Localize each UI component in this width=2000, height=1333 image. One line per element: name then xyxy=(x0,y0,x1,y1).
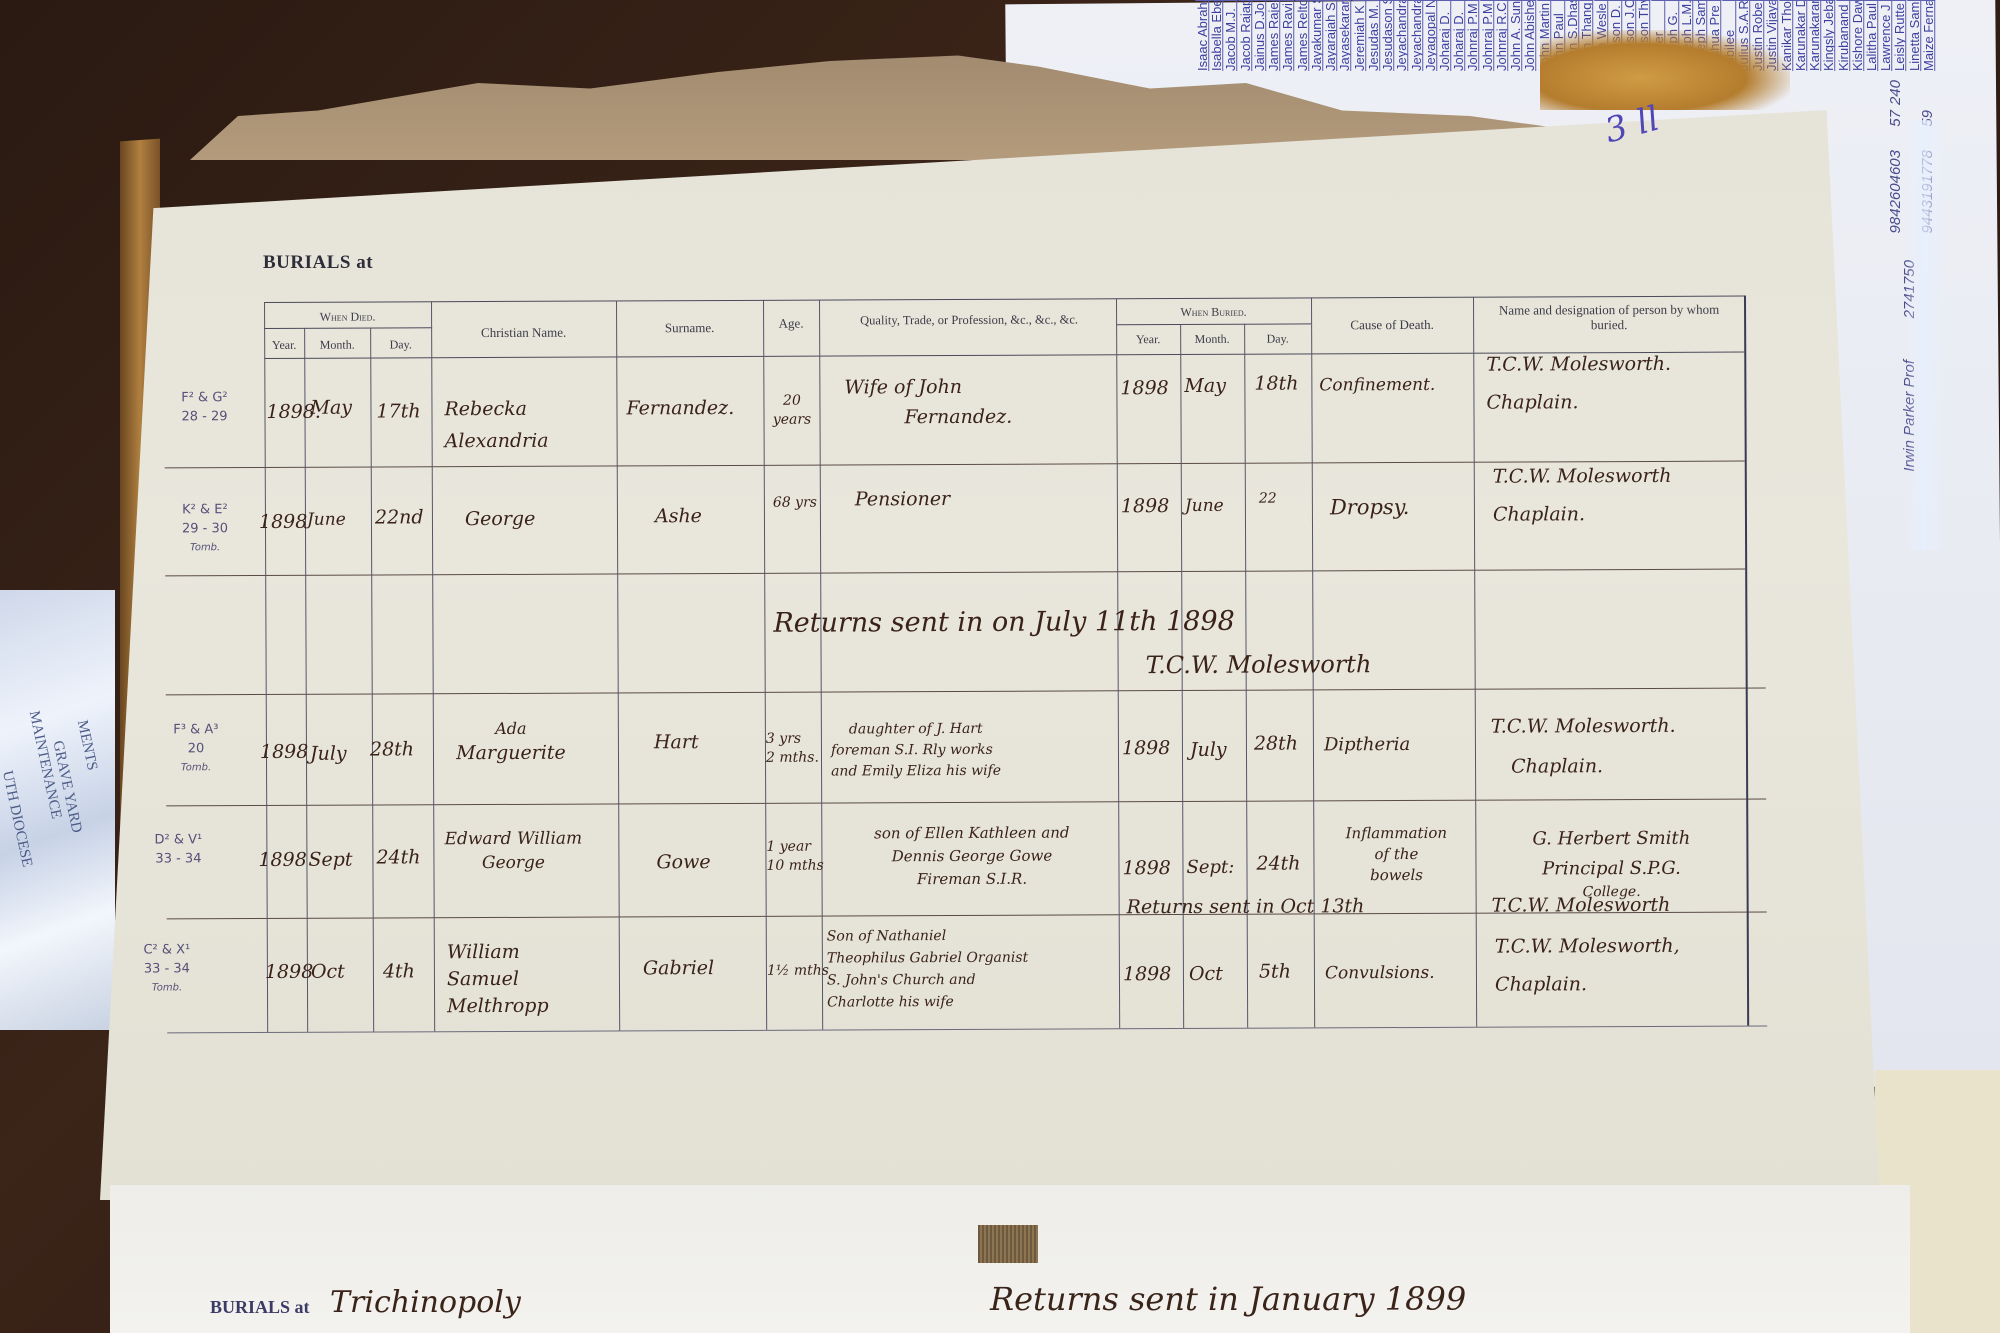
background-list-name: Isabella Ebe xyxy=(1209,0,1223,71)
background-list-name: Jacob M.J. xyxy=(1223,0,1237,71)
background-list-name: Linetta Sam xyxy=(1907,0,1921,71)
died-year: 1898 xyxy=(260,740,308,764)
header-surname: Surname. xyxy=(616,320,763,336)
died-day: 4th xyxy=(383,959,415,983)
background-list-name: Jayarajah S xyxy=(1323,0,1337,71)
background-list-name: Johnraj R.C xyxy=(1494,0,1508,71)
next-page-place: Trichinopoly xyxy=(330,1285,521,1320)
background-list-name: Maize Ferna xyxy=(1921,0,1935,71)
background-list-name: John A. Sun xyxy=(1508,0,1522,71)
returns-note: Returns sent in Oct 13th xyxy=(1127,895,1365,918)
background-list-name: Jeyagopal N xyxy=(1423,0,1437,71)
left-background-sheet: MENTS GRAVE YARD MAINTENANCE UTH DIOCESE xyxy=(0,590,115,1030)
margin-plot-note: K² & E²29 - 30Tomb. xyxy=(165,500,245,557)
margin-plot-note: F² & G²28 - 29 xyxy=(164,388,244,426)
header-died-day: Day. xyxy=(370,337,431,352)
left-sheet-text: MENTS xyxy=(73,719,100,772)
cause-of-death: Confinement. xyxy=(1319,373,1435,398)
margin-plot-note: F³ & A³20Tomb. xyxy=(156,720,236,777)
christian-name: AdaMarguerite xyxy=(426,717,596,766)
quality: Son of NathanielTheophilus Gabriel Organ… xyxy=(827,925,1029,1014)
buried-day: 24th xyxy=(1256,851,1300,875)
died-day: 17th xyxy=(376,399,420,423)
window-reflection xyxy=(1905,120,1945,550)
background-list-name: Jayasekaran xyxy=(1337,0,1351,71)
died-day: 24th xyxy=(376,845,420,869)
header-buried-by: Name and designation of person by whom b… xyxy=(1489,302,1729,333)
buried-month: July xyxy=(1190,738,1227,762)
when-buried-divider xyxy=(1116,323,1311,325)
buried-month: Sept: xyxy=(1186,856,1234,880)
background-list-name: Karunakaran xyxy=(1807,0,1821,71)
background-list-name: Lawrence J xyxy=(1878,0,1892,71)
background-list-name: Karunakar D xyxy=(1793,0,1807,71)
background-list-name: Jayakumar S xyxy=(1309,0,1323,71)
header-when-buried: When Buried. xyxy=(1116,304,1311,320)
buried-year: 1898 xyxy=(1122,856,1170,880)
cause-of-death: Dropsy. xyxy=(1330,495,1410,519)
background-list-name: Jesudas M. xyxy=(1366,0,1380,71)
next-page-title: BURIALS at xyxy=(210,1297,310,1318)
background-list-name: Johnraj P.M xyxy=(1480,0,1494,71)
christian-name: George xyxy=(465,507,535,531)
age: 68 yrs xyxy=(773,494,817,513)
background-list-name: James Relto xyxy=(1295,0,1309,71)
quality: Pensioner xyxy=(855,487,950,511)
background-list-name: John Abishe xyxy=(1522,0,1536,71)
background-list-name: Johnraj P.M xyxy=(1465,0,1479,71)
background-list-name: Jeyachandra xyxy=(1409,0,1423,71)
header-when-died: When Died. xyxy=(264,309,431,325)
buried-day: 22 xyxy=(1259,490,1277,509)
died-year: 1898 xyxy=(258,848,306,872)
age: 1½ mths xyxy=(767,962,829,981)
background-list-name: Isaac Abraham xyxy=(1195,0,1209,71)
frayed-binding xyxy=(1540,30,1790,110)
page-title: BURIALS at xyxy=(263,252,373,274)
quality: son of Ellen Kathleen andDennis George G… xyxy=(824,821,1119,891)
quality: Wife of JohnFernandez. xyxy=(844,375,1012,430)
christian-name: RebeckaAlexandria xyxy=(444,397,548,453)
age: 20years xyxy=(764,392,819,430)
next-page-returns-note: Returns sent in January 1899 xyxy=(990,1280,1466,1318)
background-list-name: Jacob Rajap xyxy=(1238,0,1252,71)
background-list-name: Kirubanand xyxy=(1836,0,1850,71)
buried-month: Oct xyxy=(1189,962,1223,986)
header-quality: Quality, Trade, or Profession, &c., &c.,… xyxy=(824,312,1114,328)
when-died-divider xyxy=(264,327,432,329)
surname: Hart xyxy=(654,730,699,754)
background-list-name: Jainus D.Jo xyxy=(1252,0,1266,71)
returns-signature: T.C.W. Molesworth xyxy=(1146,650,1372,679)
cause-of-death: Diptheria xyxy=(1324,733,1410,757)
header-buried-month: Month. xyxy=(1180,332,1244,347)
background-list-name: Jesudason S xyxy=(1380,0,1394,71)
background-list-name: James Ravi xyxy=(1280,0,1294,71)
buried-year: 1898 xyxy=(1122,736,1170,760)
buried-month: June xyxy=(1185,494,1224,518)
buried-by: T.C.W. MolesworthChaplain. xyxy=(1493,464,1672,527)
buried-by: T.C.W. Molesworth,Chaplain. xyxy=(1495,934,1680,997)
age: 1 year10 mths xyxy=(766,838,824,876)
buried-month: May xyxy=(1184,374,1226,398)
header-age: Age. xyxy=(763,316,819,331)
died-year: 1898 xyxy=(265,960,313,984)
died-month: July xyxy=(310,742,347,766)
header-died-month: Month. xyxy=(304,338,370,353)
returns-signature: T.C.W. Molesworth xyxy=(1492,894,1671,917)
died-day: 22nd xyxy=(375,505,424,529)
background-list-name: Jeyachandra xyxy=(1394,0,1408,71)
christian-name: WilliamSamuelMelthropp xyxy=(447,939,549,1020)
background-list-name: Lalitha Paul xyxy=(1864,0,1878,71)
background-list-name: Leisly Rutte xyxy=(1892,0,1906,71)
margin-plot-note: D² & V¹33 - 34 xyxy=(138,830,218,868)
surname: Gabriel xyxy=(643,956,714,980)
buried-year: 1898 xyxy=(1121,494,1169,518)
left-sheet-text: UTH DIOCESE xyxy=(0,769,35,868)
surname: Fernandez. xyxy=(626,396,734,420)
age: 3 yrs2 mths. xyxy=(766,730,819,768)
returns-note: Returns sent in on July 11th 1898 xyxy=(773,606,1234,639)
buried-by: G. Herbert SmithPrincipal S.P.G.College. xyxy=(1476,824,1746,901)
header-cause-of-death: Cause of Death. xyxy=(1311,317,1473,333)
header-died-year: Year. xyxy=(264,338,304,353)
header-buried-day: Day. xyxy=(1244,331,1311,346)
surname: Gowe xyxy=(656,850,710,874)
died-month: Sept xyxy=(308,848,352,872)
christian-name: Edward WilliamGeorge xyxy=(418,827,608,876)
row-divider xyxy=(166,687,1766,695)
buried-day: 18th xyxy=(1254,371,1298,395)
background-list-name: Jeremiah K xyxy=(1352,0,1366,71)
buried-year: 1898 xyxy=(1120,376,1168,400)
buried-year: 1898 xyxy=(1123,962,1171,986)
quality: daughter of J. Hartforeman S.I. Rly work… xyxy=(831,719,1001,783)
background-list-name: Joharaj D. xyxy=(1437,0,1451,71)
surname: Ashe xyxy=(655,504,702,528)
binding-thread-patch xyxy=(978,1225,1038,1263)
background-list-name: James Rajes xyxy=(1266,0,1280,71)
background-list-name: Kingsly Jeba xyxy=(1821,0,1835,71)
cause-of-death: Inflammationof thebowels xyxy=(1316,823,1476,887)
row-divider xyxy=(166,798,1766,806)
margin-plot-note: C² & X¹33 - 34Tomb. xyxy=(127,940,207,997)
header-christian-name: Christian Name. xyxy=(431,324,616,340)
died-month: May xyxy=(310,396,352,420)
background-list-name: Kishore Daw xyxy=(1850,0,1864,71)
contact-number-3: 240 xyxy=(1884,80,1908,105)
burials-register-table: When Died. Year. Month. Day. Christian N… xyxy=(264,294,1747,1032)
row-divider xyxy=(165,569,1745,577)
died-month: June xyxy=(307,508,346,532)
buried-by: T.C.W. Molesworth.Chaplain. xyxy=(1486,352,1671,415)
buried-day: 28th xyxy=(1254,731,1298,755)
buried-by: T.C.W. Molesworth.Chaplain. xyxy=(1491,714,1676,779)
died-year: 1898 xyxy=(259,510,307,534)
header-buried-year: Year. xyxy=(1116,332,1180,347)
buried-day: 5th xyxy=(1259,960,1291,984)
died-month: Oct xyxy=(311,960,345,984)
background-list-name: Joharaj D. xyxy=(1451,0,1465,71)
died-day: 28th xyxy=(370,737,414,761)
cause-of-death: Convulsions. xyxy=(1325,961,1435,985)
